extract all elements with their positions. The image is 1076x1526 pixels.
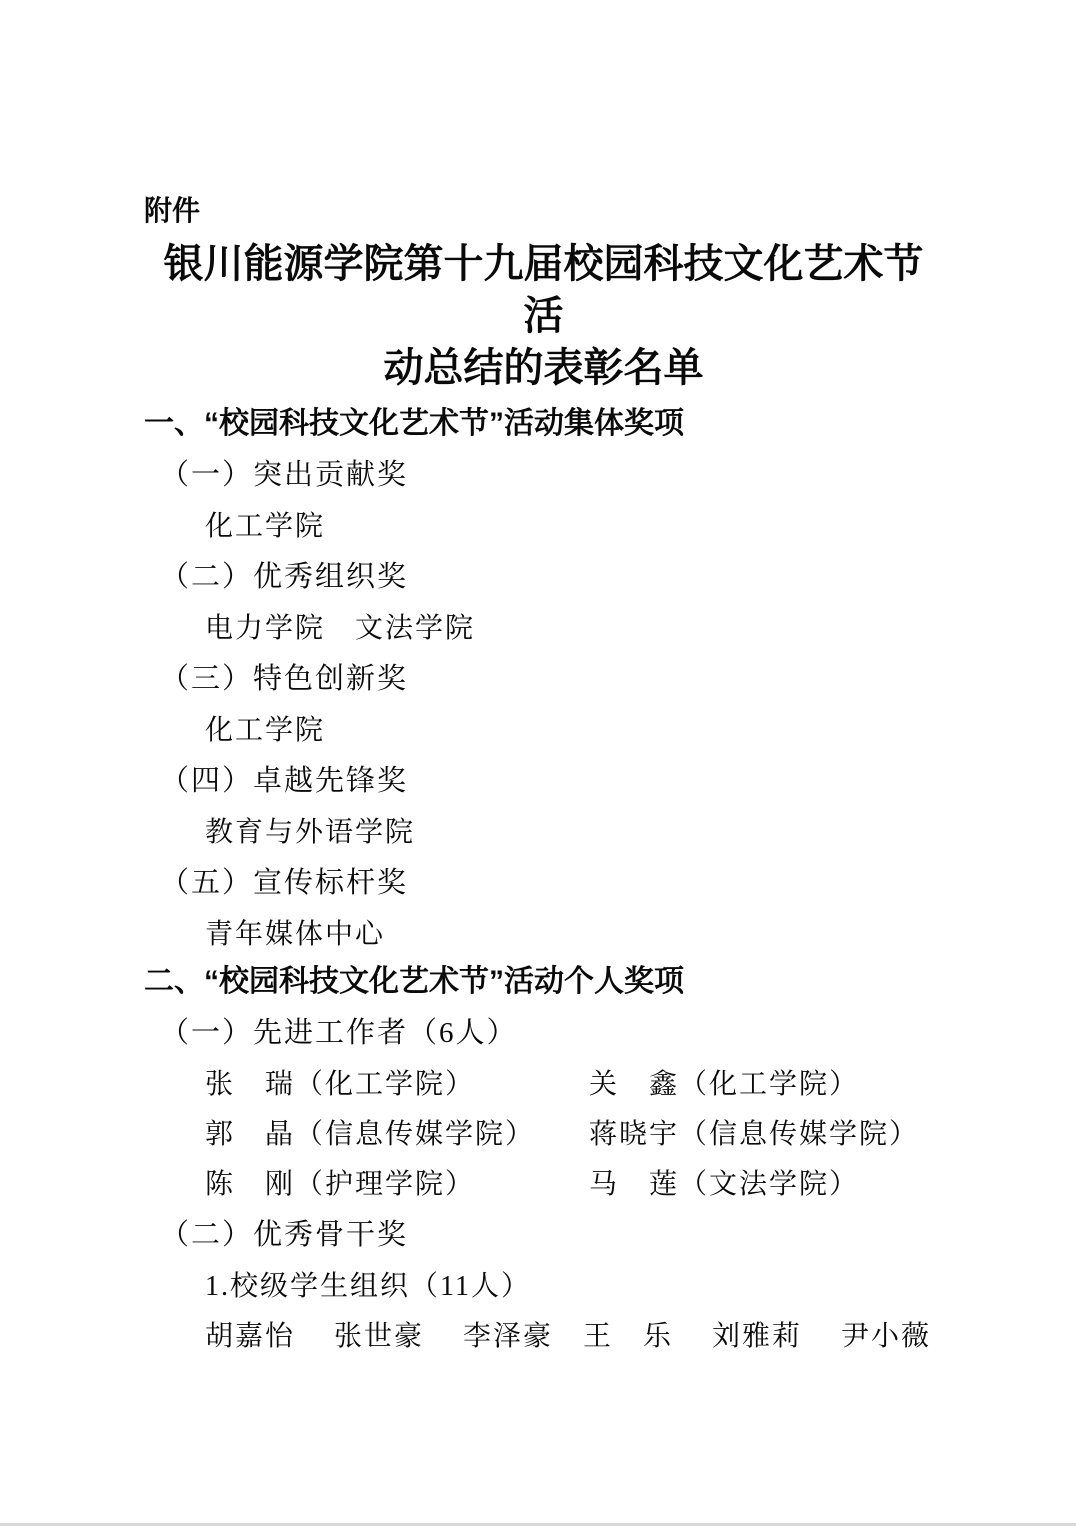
award-label-outstanding-contribution: （一）突出贡献奖	[160, 460, 943, 490]
section-heading-individual-awards: 二、“校园科技文化艺术节”活动个人奖项	[144, 966, 943, 998]
winner-row: 郭 晶（信息传媒学院） 蒋晓宇（信息传媒学院）	[205, 1120, 943, 1150]
subgroup-label-school-level-student-organization: 1.校级学生组织（11人）	[205, 1272, 943, 1302]
document-title: 银川能源学院第十九届校园科技文化艺术节活 动总结的表彰名单	[144, 238, 943, 394]
winner-name-left: 郭 晶（信息传媒学院）	[205, 1120, 589, 1150]
winner-row: 张 瑞（化工学院） 关 鑫（化工学院）	[205, 1070, 943, 1100]
document-body: 附件 银川能源学院第十九届校园科技文化艺术节活 动总结的表彰名单 一、“校园科技…	[0, 0, 1076, 1352]
award-label-excellent-backbone: （二）优秀骨干奖	[160, 1220, 943, 1250]
award-label-outstanding-pioneer: （四）卓越先锋奖	[160, 766, 943, 796]
award-recipients-distinctive-innovation: 化工学院	[205, 716, 943, 746]
award-recipients-outstanding-pioneer: 教育与外语学院	[205, 818, 943, 848]
winner-row: 陈 刚（护理学院） 马 莲（文法学院）	[205, 1170, 943, 1200]
award-label-distinctive-innovation: （三）特色创新奖	[160, 664, 943, 694]
winner-name-left: 陈 刚（护理学院）	[205, 1170, 589, 1200]
document-page: 附件 银川能源学院第十九届校园科技文化艺术节活 动总结的表彰名单 一、“校园科技…	[0, 0, 1076, 1526]
section-heading-collective-awards: 一、“校园科技文化艺术节”活动集体奖项	[144, 408, 943, 440]
award-recipients-excellent-organization: 电力学院 文法学院	[205, 614, 943, 644]
subgroup-recipients-school-level-student-organization: 胡嘉怡 张世豪 李泽豪 王 乐 刘雅莉 尹小薇	[205, 1322, 943, 1352]
award-label-publicity-benchmark: （五）宣传标杆奖	[160, 868, 943, 898]
winner-name-right: 蒋晓宇（信息传媒学院）	[589, 1120, 943, 1150]
award-recipients-publicity-benchmark: 青年媒体中心	[205, 920, 943, 950]
winner-name-right: 关 鑫（化工学院）	[589, 1070, 943, 1100]
document-title-line-1: 银川能源学院第十九届校园科技文化艺术节活	[144, 238, 943, 342]
winner-name-right: 马 莲（文法学院）	[589, 1170, 943, 1200]
winner-name-left: 张 瑞（化工学院）	[205, 1070, 589, 1100]
award-label-excellent-organization: （二）优秀组织奖	[160, 562, 943, 592]
award-label-advanced-worker: （一）先进工作者（6人）	[160, 1018, 943, 1048]
attachment-label: 附件	[144, 196, 943, 226]
document-title-line-2: 动总结的表彰名单	[144, 342, 943, 394]
award-recipients-outstanding-contribution: 化工学院	[205, 512, 943, 542]
